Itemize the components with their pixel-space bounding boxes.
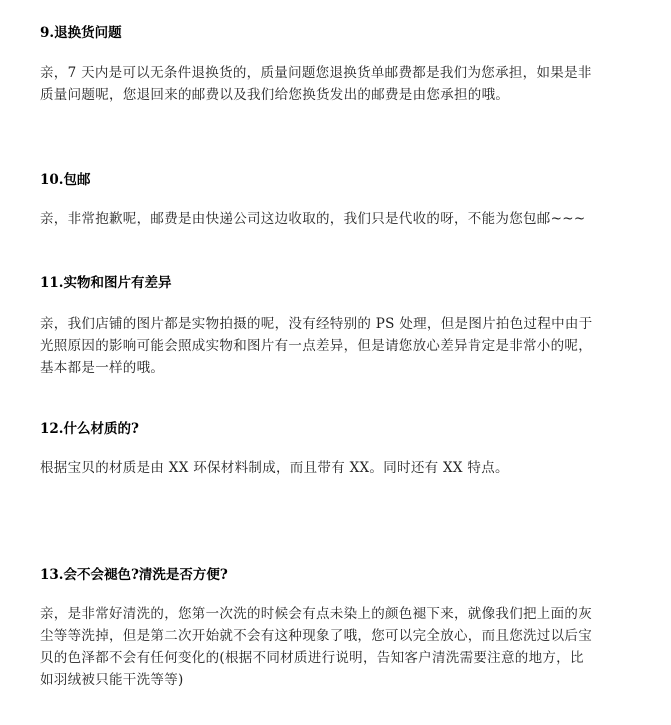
- section-heading-free-shipping: 10.包邮: [40, 170, 91, 190]
- section-heading-product-difference: 11.实物和图片有差异: [40, 273, 172, 293]
- document-page: 9.退换货问题 亲，7 天内是可以无条件退换货的，质量问题您退换货单邮费都是我们…: [0, 0, 671, 725]
- text-line: 质量问题呢，您退回来的邮费以及我们给您换货发出的邮费是由您承担的哦。: [40, 84, 600, 106]
- text-line: 亲，非常抱歉呢，邮费是由快递公司这边收取的，我们只是代收的呀，不能为您包邮~~~: [40, 208, 600, 230]
- text-line: 亲，是非常好清洗的，您第一次洗的时候会有点未染上的颜色褪下来，就像我们把上面的灰: [40, 603, 600, 625]
- section-heading-returns: 9.退换货问题: [40, 23, 122, 43]
- text-line: 亲，我们店铺的图片都是实物拍摄的呢，没有经特别的 PS 处理，但是图片拍色过程中…: [40, 313, 600, 335]
- section-body-washing: 亲，是非常好清洗的，您第一次洗的时候会有点未染上的颜色褪下来，就像我们把上面的灰…: [40, 603, 600, 691]
- section-body-product-difference: 亲，我们店铺的图片都是实物拍摄的呢，没有经特别的 PS 处理，但是图片拍色过程中…: [40, 313, 600, 379]
- text-line: 根据宝贝的材质是由 XX 环保材料制成，而且带有 XX。同时还有 XX 特点。: [40, 457, 600, 479]
- text-line: 如羽绒被只能干洗等等): [40, 669, 600, 691]
- section-heading-washing: 13.会不会褪色?清洗是否方便?: [40, 565, 228, 585]
- text-line: 亲，7 天内是可以无条件退换货的，质量问题您退换货单邮费都是我们为您承担，如果是…: [40, 62, 600, 84]
- section-heading-material: 12.什么材质的?: [40, 419, 139, 439]
- text-line: 基本都是一样的哦。: [40, 357, 600, 379]
- section-body-material: 根据宝贝的材质是由 XX 环保材料制成，而且带有 XX。同时还有 XX 特点。: [40, 457, 600, 479]
- text-line: 光照原因的影响可能会照成实物和图片有一点差异，但是请您放心差异肯定是非常小的呢，: [40, 335, 600, 357]
- section-body-returns: 亲，7 天内是可以无条件退换货的，质量问题您退换货单邮费都是我们为您承担，如果是…: [40, 62, 600, 106]
- text-line: 贝的色泽都不会有任何变化的(根据不同材质进行说明，告知客户清洗需要注意的地方，比: [40, 647, 600, 669]
- text-line: 尘等等洗掉，但是第二次开始就不会有这种现象了哦，您可以完全放心，而且您洗过以后宝: [40, 625, 600, 647]
- section-body-free-shipping: 亲，非常抱歉呢，邮费是由快递公司这边收取的，我们只是代收的呀，不能为您包邮~~~: [40, 208, 600, 230]
